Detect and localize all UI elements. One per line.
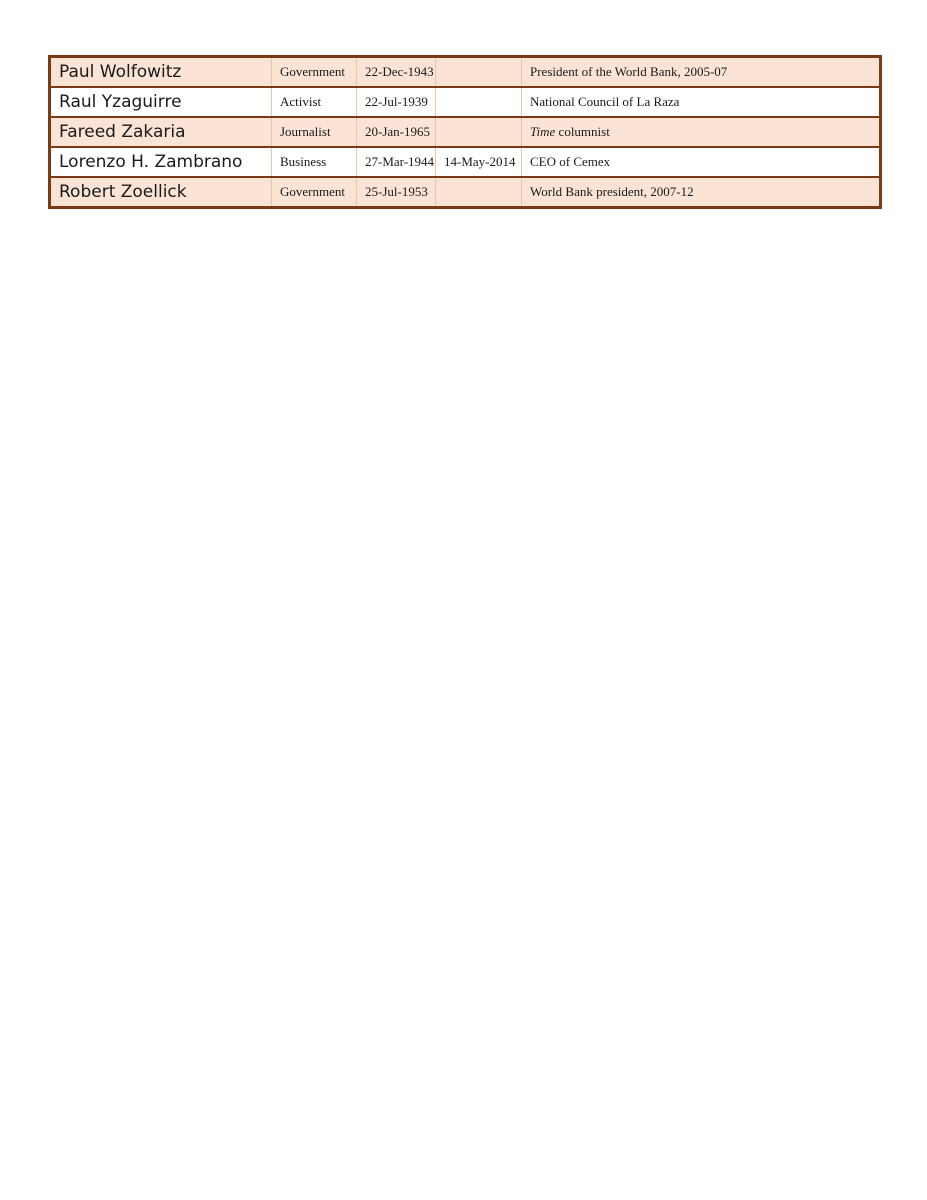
note-text: President of the World Bank, 2005-07	[530, 64, 727, 79]
person-born: 22-Dec-1943	[357, 57, 436, 88]
table-row: Fareed Zakaria Journalist 20-Jan-1965 Ti…	[50, 117, 881, 147]
person-born: 27-Mar-1944	[357, 147, 436, 177]
table-row: Robert Zoellick Government 25-Jul-1953 W…	[50, 177, 881, 208]
person-note: National Council of La Raza	[522, 87, 881, 117]
note-italic: Time	[530, 124, 555, 139]
note-text: CEO of Cemex	[530, 154, 610, 169]
person-field: Business	[272, 147, 357, 177]
note-text: National Council of La Raza	[530, 94, 679, 109]
person-born: 25-Jul-1953	[357, 177, 436, 208]
note-text: World Bank president, 2007-12	[530, 184, 694, 199]
person-field: Government	[272, 177, 357, 208]
person-born: 20-Jan-1965	[357, 117, 436, 147]
person-died	[436, 117, 522, 147]
table-row: Lorenzo H. Zambrano Business 27-Mar-1944…	[50, 147, 881, 177]
people-table: Paul Wolfowitz Government 22-Dec-1943 Pr…	[48, 55, 882, 209]
person-note: CEO of Cemex	[522, 147, 881, 177]
person-name: Lorenzo H. Zambrano	[50, 147, 272, 177]
person-name: Robert Zoellick	[50, 177, 272, 208]
person-name: Raul Yzaguirre	[50, 87, 272, 117]
person-died: 14-May-2014	[436, 147, 522, 177]
person-field: Activist	[272, 87, 357, 117]
person-name: Fareed Zakaria	[50, 117, 272, 147]
person-died	[436, 57, 522, 88]
person-note: Time columnist	[522, 117, 881, 147]
person-field: Government	[272, 57, 357, 88]
person-note: President of the World Bank, 2005-07	[522, 57, 881, 88]
person-born: 22-Jul-1939	[357, 87, 436, 117]
table-row: Raul Yzaguirre Activist 22-Jul-1939 Nati…	[50, 87, 881, 117]
person-note: World Bank president, 2007-12	[522, 177, 881, 208]
table-row: Paul Wolfowitz Government 22-Dec-1943 Pr…	[50, 57, 881, 88]
person-died	[436, 177, 522, 208]
person-name: Paul Wolfowitz	[50, 57, 272, 88]
people-table-body: Paul Wolfowitz Government 22-Dec-1943 Pr…	[50, 57, 881, 208]
person-field: Journalist	[272, 117, 357, 147]
person-died	[436, 87, 522, 117]
note-text: columnist	[555, 124, 610, 139]
